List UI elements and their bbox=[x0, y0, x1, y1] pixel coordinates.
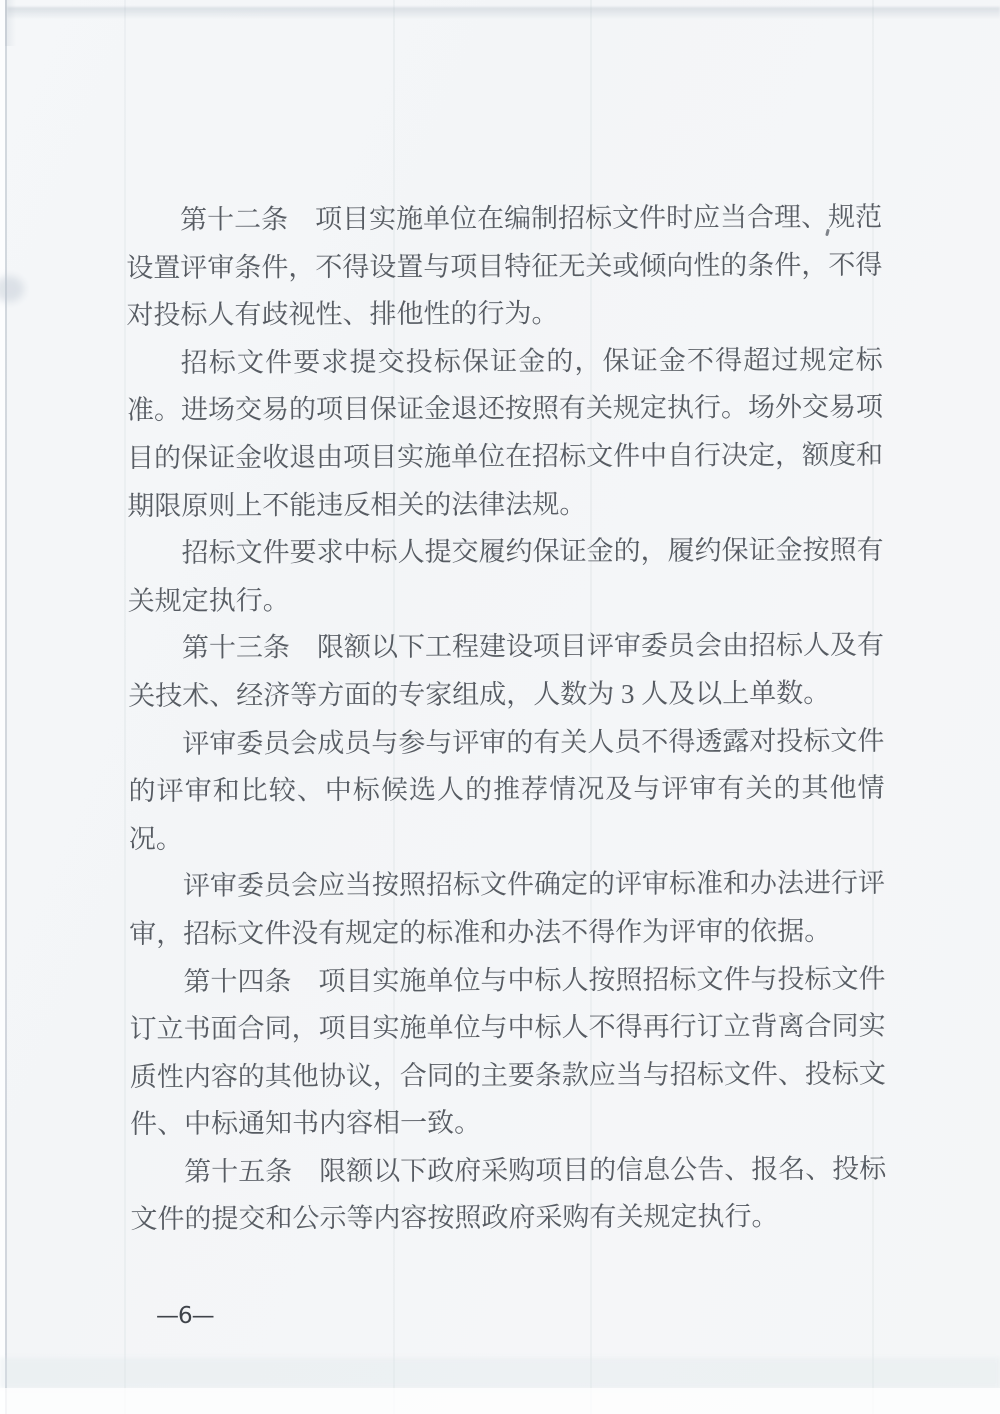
paragraph-article-14: 第十四条 项目实施单位与中标人按照招标文件与投标文件订立书面合同，项目实施单位与… bbox=[129, 955, 886, 1149]
paragraph-article-12: 第十二条 项目实施单位在编制招标文件时应当合理、规范设置评审条件，不得设置与项目… bbox=[126, 194, 883, 340]
paragraph-bid-security: 招标文件要求提交投标保证金的，保证金不得超过规定标准。进场交易的项目保证金退还按… bbox=[127, 336, 884, 530]
paragraph-review-standards: 评审委员会应当按照招标文件确定的评审标准和办法进行评审，招标文件没有规定的标准和… bbox=[129, 860, 885, 958]
paragraph-review-confidentiality: 评审委员会成员与参与评审的有关人员不得透露对投标文件的评审和比较、中标候选人的推… bbox=[128, 717, 885, 863]
paragraph-article-15: 第十五条 限额以下政府采购项目的信息公告、报名、投标文件的提交和公示等内容按照政… bbox=[130, 1146, 886, 1244]
scanned-document-page: 第十二条 项目实施单位在编制招标文件时应当合理、规范设置评审条件，不得设置与项目… bbox=[0, 0, 1000, 1414]
scan-bottom-shadow-band bbox=[0, 1358, 1000, 1388]
scan-left-edge-line bbox=[5, 0, 7, 1414]
paragraph-performance-security: 招标文件要求中标人提交履约保证金的，履约保证金按照有关规定执行。 bbox=[127, 527, 883, 625]
scan-top-edge-shadow bbox=[7, 7, 1000, 18]
document-text-block: 第十二条 项目实施单位在编制招标文件时应当合理、规范设置评审条件，不得设置与项目… bbox=[126, 194, 887, 1244]
scan-bottom-edge-strip bbox=[0, 1388, 1000, 1414]
paragraph-article-13: 第十三条 限额以下工程建设项目评审委员会由招标人及有关技术、经济等方面的专家组成… bbox=[128, 622, 884, 720]
scan-smudge-artifact bbox=[0, 276, 24, 302]
page-number: —6— bbox=[156, 1303, 214, 1329]
